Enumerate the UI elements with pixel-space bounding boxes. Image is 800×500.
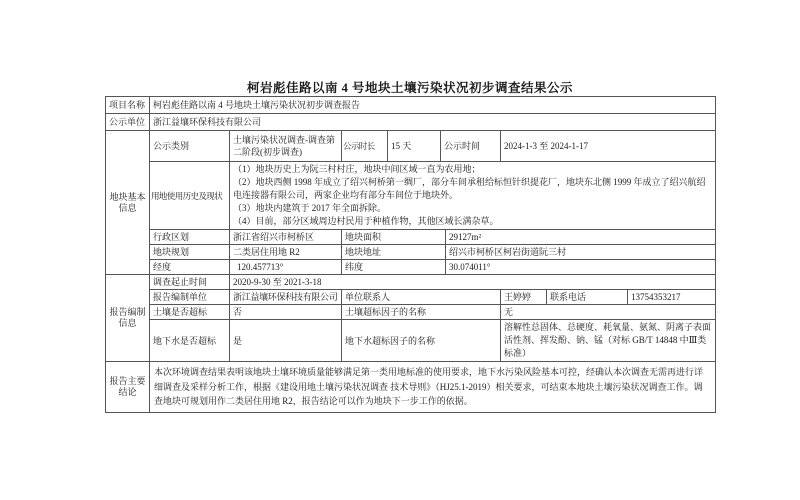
latitude-value: 30.074011° bbox=[446, 260, 716, 275]
phone-value: 13754353217 bbox=[628, 290, 716, 305]
survey-period-value: 2020-9-30 至 2021-3-18 bbox=[230, 275, 716, 290]
planning-value: 二类居住用地 R2 bbox=[230, 245, 342, 260]
soil-factor-label: 土壤超标因子的名称 bbox=[342, 305, 501, 320]
publicity-type-value: 土壤污染状况调查-调查第二阶段(初步调查) bbox=[230, 131, 342, 162]
row-groundwater-exceed: 地下水是否超标 是 地下水超标因子的名称 溶解性总固体、总硬度、耗氧量、氨氮、阴… bbox=[106, 320, 716, 362]
longitude-label: 经度 bbox=[150, 260, 230, 275]
publicity-table: 项目名称 柯岩彪佳路以南 4 号地块土壤污染状况初步调查报告 公示单位 浙江益壤… bbox=[105, 96, 716, 413]
section-site-info: 地块基本信息 bbox=[106, 131, 150, 275]
district-label: 行政区划 bbox=[150, 230, 230, 245]
project-name-value: 柯岩彪佳路以南 4 号地块土壤污染状况初步调查报告 bbox=[150, 97, 716, 114]
document-title: 柯岩彪佳路以南 4 号地块土壤污染状况初步调查结果公示 bbox=[105, 78, 715, 96]
district-value: 浙江省绍兴市柯桥区 bbox=[230, 230, 342, 245]
section-conclusion: 报告主要结论 bbox=[106, 362, 150, 413]
soil-factor-value: 无 bbox=[501, 305, 716, 320]
duration-label: 公示时长 bbox=[342, 131, 388, 162]
row-district: 行政区划 浙江省绍兴市柯桥区 地块面积 29127m² bbox=[106, 230, 716, 245]
compiler-value: 浙江益壤环保科技有限公司 bbox=[230, 290, 342, 305]
soil-exceed-value: 否 bbox=[230, 305, 342, 320]
land-history-value: （1）地块历史上为阮三村村庄，地块中间区域一直为农用地； （2）地块西侧 199… bbox=[230, 162, 716, 230]
row-publicity-unit: 公示单位 浙江益壤环保科技有限公司 bbox=[106, 114, 716, 131]
duration-value: 15 天 bbox=[388, 131, 441, 162]
area-value: 29127m² bbox=[446, 230, 716, 245]
row-project-name: 项目名称 柯岩彪佳路以南 4 号地块土壤污染状况初步调查报告 bbox=[106, 97, 716, 114]
land-history-line: （2）地块西侧 1998 年成立了绍兴柯桥第一绸厂，部分车间承租给标恒针织提花厂… bbox=[233, 176, 712, 202]
project-name-label: 项目名称 bbox=[106, 97, 150, 114]
section-report-info: 报告编制信息 bbox=[106, 275, 150, 362]
address-label: 地块地址 bbox=[342, 245, 446, 260]
land-history-line: （1）地块历史上为阮三村村庄，地块中间区域一直为农用地； bbox=[233, 163, 712, 176]
row-conclusion: 报告主要结论 本次环境调查结果表明该地块土壤环境质量能够满足第一类用地标准的使用… bbox=[106, 362, 716, 413]
longitude-value: 120.457713° bbox=[230, 260, 342, 275]
publicity-time-label: 公示时间 bbox=[441, 131, 501, 162]
document-page: 柯岩彪佳路以南 4 号地块土壤污染状况初步调查结果公示 项目名称 柯岩彪佳路以南… bbox=[0, 0, 800, 500]
publicity-type-label: 公示类别 bbox=[150, 131, 230, 162]
land-history-label: 用地使用历史及现状 bbox=[150, 162, 230, 230]
soil-exceed-label: 土壤是否超标 bbox=[150, 305, 230, 320]
row-survey-period: 报告编制信息 调查起止时间 2020-9-30 至 2021-3-18 bbox=[106, 275, 716, 290]
survey-period-label: 调查起止时间 bbox=[150, 275, 230, 290]
groundwater-factor-value: 溶解性总固体、总硬度、耗氧量、氨氮、阴离子表面活性剂、挥发酚、钠、锰（对标 GB… bbox=[501, 320, 716, 362]
groundwater-factor-label: 地下水超标因子的名称 bbox=[342, 320, 501, 362]
area-label: 地块面积 bbox=[342, 230, 446, 245]
land-history-line: （3）地块内建筑于 2017 年全面拆除。 bbox=[233, 202, 712, 215]
phone-label: 联系电话 bbox=[547, 290, 628, 305]
publicity-unit-value: 浙江益壤环保科技有限公司 bbox=[150, 114, 716, 131]
contact-label: 单位联系人 bbox=[342, 290, 501, 305]
address-value: 绍兴市柯桥区柯岩街道阮三村 bbox=[446, 245, 716, 260]
conclusion-text: 本次环境调查结果表明该地块土壤环境质量能够满足第一类用地标准的使用要求，地下水污… bbox=[150, 362, 716, 413]
latitude-label: 纬度 bbox=[342, 260, 446, 275]
publicity-unit-label: 公示单位 bbox=[106, 114, 150, 131]
planning-label: 地块规划 bbox=[150, 245, 230, 260]
land-history-line: （4）目前，部分区域周边村民用于种植作物，其他区域长满杂草。 bbox=[233, 215, 712, 228]
publicity-time-value: 2024-1-3 至 2024-1-17 bbox=[501, 131, 716, 162]
row-soil-exceed: 土壤是否超标 否 土壤超标因子的名称 无 bbox=[106, 305, 716, 320]
row-planning: 地块规划 二类居住用地 R2 地块地址 绍兴市柯桥区柯岩街道阮三村 bbox=[106, 245, 716, 260]
row-compiler: 报告编制单位 浙江益壤环保科技有限公司 单位联系人 王婷婷 联系电话 13754… bbox=[106, 290, 716, 305]
compiler-label: 报告编制单位 bbox=[150, 290, 230, 305]
groundwater-exceed-value: 是 bbox=[230, 320, 342, 362]
groundwater-exceed-label: 地下水是否超标 bbox=[150, 320, 230, 362]
row-publicity-type: 地块基本信息 公示类别 土壤污染状况调查-调查第二阶段(初步调查) 公示时长 1… bbox=[106, 131, 716, 162]
row-coordinates: 经度 120.457713° 纬度 30.074011° bbox=[106, 260, 716, 275]
contact-value: 王婷婷 bbox=[501, 290, 547, 305]
row-land-history: 用地使用历史及现状 （1）地块历史上为阮三村村庄，地块中间区域一直为农用地； （… bbox=[106, 162, 716, 230]
